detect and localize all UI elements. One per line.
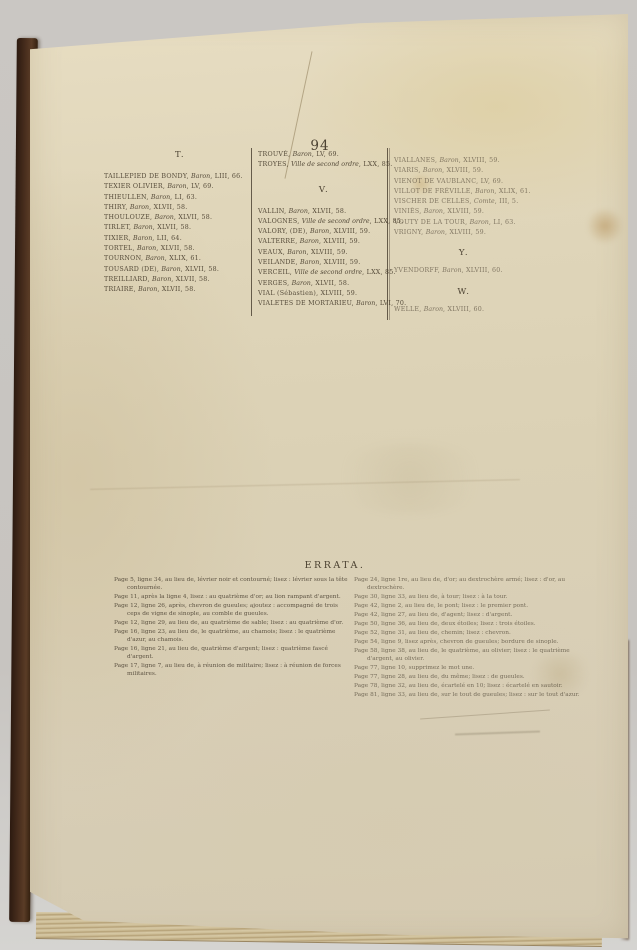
index-entry: TOUSARD (DE), Baron, XLVII, 58. xyxy=(104,265,256,275)
entry-name: THIEULLEN xyxy=(104,194,146,201)
entry-reference: , Baron, XLVIII, 60. xyxy=(438,267,503,274)
entry-name: VALLIN xyxy=(258,208,284,215)
entry-reference: , Baron, XLVIII, 59. xyxy=(435,157,500,164)
entry-name: VERCEIL xyxy=(258,269,290,276)
entry-name: THOULOUZE xyxy=(104,214,150,221)
entry-reference: , Baron, XLVIII, 59. xyxy=(419,208,484,215)
errata-item: Page 77, ligne 10, supprimez le mot une. xyxy=(354,664,592,672)
index-entry: VIENOT DE VAUBLANC, LV, 69. xyxy=(394,177,534,187)
index-entry: VILLOT DE FRÉVILLE, Baron, XLIX, 61. xyxy=(394,187,534,197)
errata-item: Page 54, ligne 9, lisez après, chevron d… xyxy=(354,638,592,646)
page-crease xyxy=(90,479,520,490)
index-letter-heading: T. xyxy=(104,150,256,160)
entry-reference: , LV, 69. xyxy=(476,178,503,185)
entry-name: VIARIS xyxy=(394,167,418,174)
index-entry: VALTERRE, Baron, XLVIII, 59. xyxy=(258,237,390,247)
entry-reference: , Baron, LV, 69. xyxy=(288,151,339,158)
errata-heading: ERRATA. xyxy=(280,560,390,571)
entry-name: VIENOT DE VAUBLANC xyxy=(394,178,476,185)
index-entry: THOULOUZE, Baron, XLVII, 58. xyxy=(104,213,256,223)
entry-reference: , Baron, XLVII, 58. xyxy=(150,214,212,221)
entry-reference: , Baron, XLVII, 58. xyxy=(284,208,346,215)
entry-reference: , Baron, LIII, 66. xyxy=(186,173,242,180)
entry-name: VRIGNY xyxy=(394,229,421,236)
index-entry: VISCHER DE CELLES, Comte, III, 5. xyxy=(394,197,534,207)
entry-reference: , XLVIII, 59. xyxy=(316,290,357,297)
entry-reference: , Baron, XLVIII, 59. xyxy=(305,228,370,235)
index-entry: THIEULLEN, Baron, LI, 63. xyxy=(104,193,256,203)
errata-item: Page 17, ligne 7, au lieu de, à réunion … xyxy=(114,662,348,678)
index-letter-heading: Y. xyxy=(394,248,534,258)
entry-name: VALORY, (DE) xyxy=(258,228,305,235)
index-entry: TEXIER OLIVIER, Baron, LV, 69. xyxy=(104,182,256,192)
index-entry: TIXIER, Baron, LII, 64. xyxy=(104,234,256,244)
entry-reference: , Ville de second ordre, LXX, 85. xyxy=(286,161,392,168)
entry-name: VERGES xyxy=(258,280,287,287)
errata-column-2: Page 24, ligne 1re, au lieu de, d'or; au… xyxy=(354,576,592,700)
index-entry: WELLE, Baron, XLVIII, 60. xyxy=(394,305,534,315)
entry-name: VISCHER DE CELLES xyxy=(394,198,469,205)
index-entry: VOUTY DE LA TOUR, Baron, LI, 63. xyxy=(394,218,534,228)
entry-name: TOURNON xyxy=(104,255,141,262)
entry-reference: , Baron, LI, 63. xyxy=(146,194,197,201)
entry-reference: , Baron, XLIX, 61. xyxy=(471,188,531,195)
entry-reference: , Baron, XLVII, 58. xyxy=(148,276,210,283)
index-entry: VIALETES DE MORTARIEU, Baron, LVI, 70. xyxy=(258,299,390,309)
entry-reference: , Baron, XLVIII, 59. xyxy=(295,238,360,245)
index-entry: VINIÈS, Baron, XLVIII, 59. xyxy=(394,207,534,217)
entry-reference: , Ville de second ordre, LXX, 85. xyxy=(297,218,403,225)
entry-name: VEILANDE xyxy=(258,259,296,266)
entry-name: VIALLANES xyxy=(394,157,435,164)
errata-item: Page 78, ligne 32, au lieu de, écartelé … xyxy=(354,682,592,690)
index-entry: TROYES, Ville de second ordre, LXX, 85. xyxy=(258,160,390,170)
entry-name: VOUTY DE LA TOUR xyxy=(394,219,465,226)
errata-item: Page 16, ligne 21, au lieu de, quatrième… xyxy=(114,645,348,661)
index-entry: TIRLET, Baron, XLVII, 58. xyxy=(104,223,256,233)
errata-item: Page 42, ligne 2, au lieu de, le pont; l… xyxy=(354,602,592,610)
entry-reference: , Baron, XLVIII, 59. xyxy=(418,167,483,174)
entry-name: WELLE xyxy=(394,306,419,313)
index-entry: VEILANDE, Baron, XLVIII, 59. xyxy=(258,258,390,268)
entry-reference: , Baron, XLVII, 58. xyxy=(125,204,187,211)
entry-reference: , Baron, XLVII, 58. xyxy=(157,266,219,273)
book-photo: 94 T.TAILLEPIED DE BONDY, Baron, LIII, 6… xyxy=(0,0,637,950)
entry-reference: , Baron, XLVII, 58. xyxy=(287,280,349,287)
entry-reference: , Baron, XLVII, 58. xyxy=(129,224,191,231)
entry-reference: , Baron, XLIX, 61. xyxy=(141,255,201,262)
index-entry: VALOGNES, Ville de second ordre, LXX, 85… xyxy=(258,217,390,227)
entry-name: TREILLIARD xyxy=(104,276,148,283)
entry-name: VINIÈS xyxy=(394,208,419,215)
index-entry: THIRY, Baron, XLVII, 58. xyxy=(104,203,256,213)
index-entry: TOURNON, Baron, XLIX, 61. xyxy=(104,254,256,264)
entry-reference: , Baron, XLVIII, 60. xyxy=(419,306,484,313)
errata-item: Page 50, ligne 36, au lieu de, deux étoi… xyxy=(354,620,592,628)
errata-item: Page 58, ligne 38, au lieu de, le quatri… xyxy=(354,647,592,663)
entry-name: VIALETES DE MORTARIEU xyxy=(258,300,352,307)
entry-name: THIRY xyxy=(104,204,125,211)
errata-item: Page 42, ligne 27, au lieu de, d'agent; … xyxy=(354,611,592,619)
errata-item: Page 30, ligne 33, au lieu de, à tour; l… xyxy=(354,593,592,601)
index-column-2: TROUVÉ, Baron, LV, 69.TROYES, Ville de s… xyxy=(258,150,390,310)
index-letter-heading: V. xyxy=(258,185,390,195)
entry-name: VALTERRE xyxy=(258,238,295,245)
index-entry: TRIAIRE, Baron, XLVII, 58. xyxy=(104,285,256,295)
index-entry: VERGES, Baron, XLVII, 58. xyxy=(258,279,390,289)
errata-item: Page 11, après la ligne 4, lisez : au qu… xyxy=(114,593,348,601)
entry-name: TRIAIRE xyxy=(104,286,134,293)
index-entry: TREILLIARD, Baron, XLVII, 58. xyxy=(104,275,256,285)
index-letter-heading: W. xyxy=(394,287,534,297)
page-stain xyxy=(585,209,625,243)
errata-item: Page 24, ligne 1re, au lieu de, d'or; au… xyxy=(354,576,592,592)
errata-item: Page 12, ligne 26, après, chevron de gue… xyxy=(114,602,348,618)
entry-name: TROUVÉ xyxy=(258,151,288,158)
index-entry: TAILLEPIED DE BONDY, Baron, LIII, 66. xyxy=(104,172,256,182)
entry-reference: , Baron, XLVIII, 59. xyxy=(296,259,361,266)
page-stain xyxy=(330,444,490,514)
index-entry: YVENDORFF, Baron, XLVIII, 60. xyxy=(394,266,534,276)
errata-item: Page 52, ligne 31, au lieu de, chemin; l… xyxy=(354,629,592,637)
errata-item: Page 16, ligne 23, au lieu de, le quatri… xyxy=(114,628,348,644)
errata-item: Page 12, ligne 29, au lieu de, au quatri… xyxy=(114,619,348,627)
index-entry: VERCEIL, Ville de second ordre, LXX, 85. xyxy=(258,268,390,278)
errata-item: Page 77, ligne 28, au lieu de, du même; … xyxy=(354,673,592,681)
entry-reference: , Baron, XLVIII, 59. xyxy=(283,249,348,256)
index-column-1: T.TAILLEPIED DE BONDY, Baron, LIII, 66.T… xyxy=(104,150,256,296)
index-entry: VIARIS, Baron, XLVIII, 59. xyxy=(394,166,534,176)
index-entry: VALLIN, Baron, XLVII, 58. xyxy=(258,207,390,217)
entry-reference: , Baron, XLVII, 58. xyxy=(134,286,196,293)
index-entry: VEAUX, Baron, XLVIII, 59. xyxy=(258,248,390,258)
entry-reference: , Baron, XLVIII, 59. xyxy=(421,229,486,236)
entry-name: TORTEL xyxy=(104,245,132,252)
entry-name: TIXIER xyxy=(104,235,129,242)
entry-reference: , Baron, XLVII, 58. xyxy=(132,245,194,252)
page-crease xyxy=(420,709,550,719)
index-entry: VIALLANES, Baron, XLVIII, 59. xyxy=(394,156,534,166)
entry-name: TIRLET xyxy=(104,224,129,231)
scanned-page: 94 T.TAILLEPIED DE BONDY, Baron, LIII, 6… xyxy=(30,14,628,942)
entry-reference: , Comte, III, 5. xyxy=(469,198,518,205)
entry-name: VIAL (Sébastien) xyxy=(258,290,316,297)
faded-imprint-mark xyxy=(455,731,540,736)
entry-name: VILLOT DE FRÉVILLE xyxy=(394,188,471,195)
index-column-3: VIALLANES, Baron, XLVIII, 59.VIARIS, Bar… xyxy=(394,156,534,315)
entry-name: TOUSARD (DE) xyxy=(104,266,157,273)
index-entry: TORTEL, Baron, XLVII, 58. xyxy=(104,244,256,254)
entry-name: TAILLEPIED DE BONDY xyxy=(104,173,186,180)
index-entry: VALORY, (DE), Baron, XLVIII, 59. xyxy=(258,227,390,237)
errata-column-1: Page 5, ligne 34, au lieu de, lévrier no… xyxy=(114,576,348,679)
entry-name: VEAUX xyxy=(258,249,283,256)
errata-item: Page 81, ligne 33, au lieu de, sur le to… xyxy=(354,691,592,699)
index-entry: TROUVÉ, Baron, LV, 69. xyxy=(258,150,390,160)
index-entry: VRIGNY, Baron, XLVIII, 59. xyxy=(394,228,534,238)
index-entry: VIAL (Sébastien), XLVIII, 59. xyxy=(258,289,390,299)
entry-name: VALOGNES xyxy=(258,218,297,225)
entry-reference: , Baron, LI, 63. xyxy=(465,219,516,226)
entry-name: YVENDORFF xyxy=(394,267,438,274)
entry-reference: , Ville de second ordre, LXX, 85. xyxy=(290,269,396,276)
entry-name: TEXIER OLIVIER xyxy=(104,183,163,190)
entry-name: TROYES xyxy=(258,161,286,168)
entry-reference: , Baron, LV, 69. xyxy=(163,183,214,190)
errata-item: Page 5, ligne 34, au lieu de, lévrier no… xyxy=(114,576,348,592)
entry-reference: , Baron, LII, 64. xyxy=(129,235,182,242)
